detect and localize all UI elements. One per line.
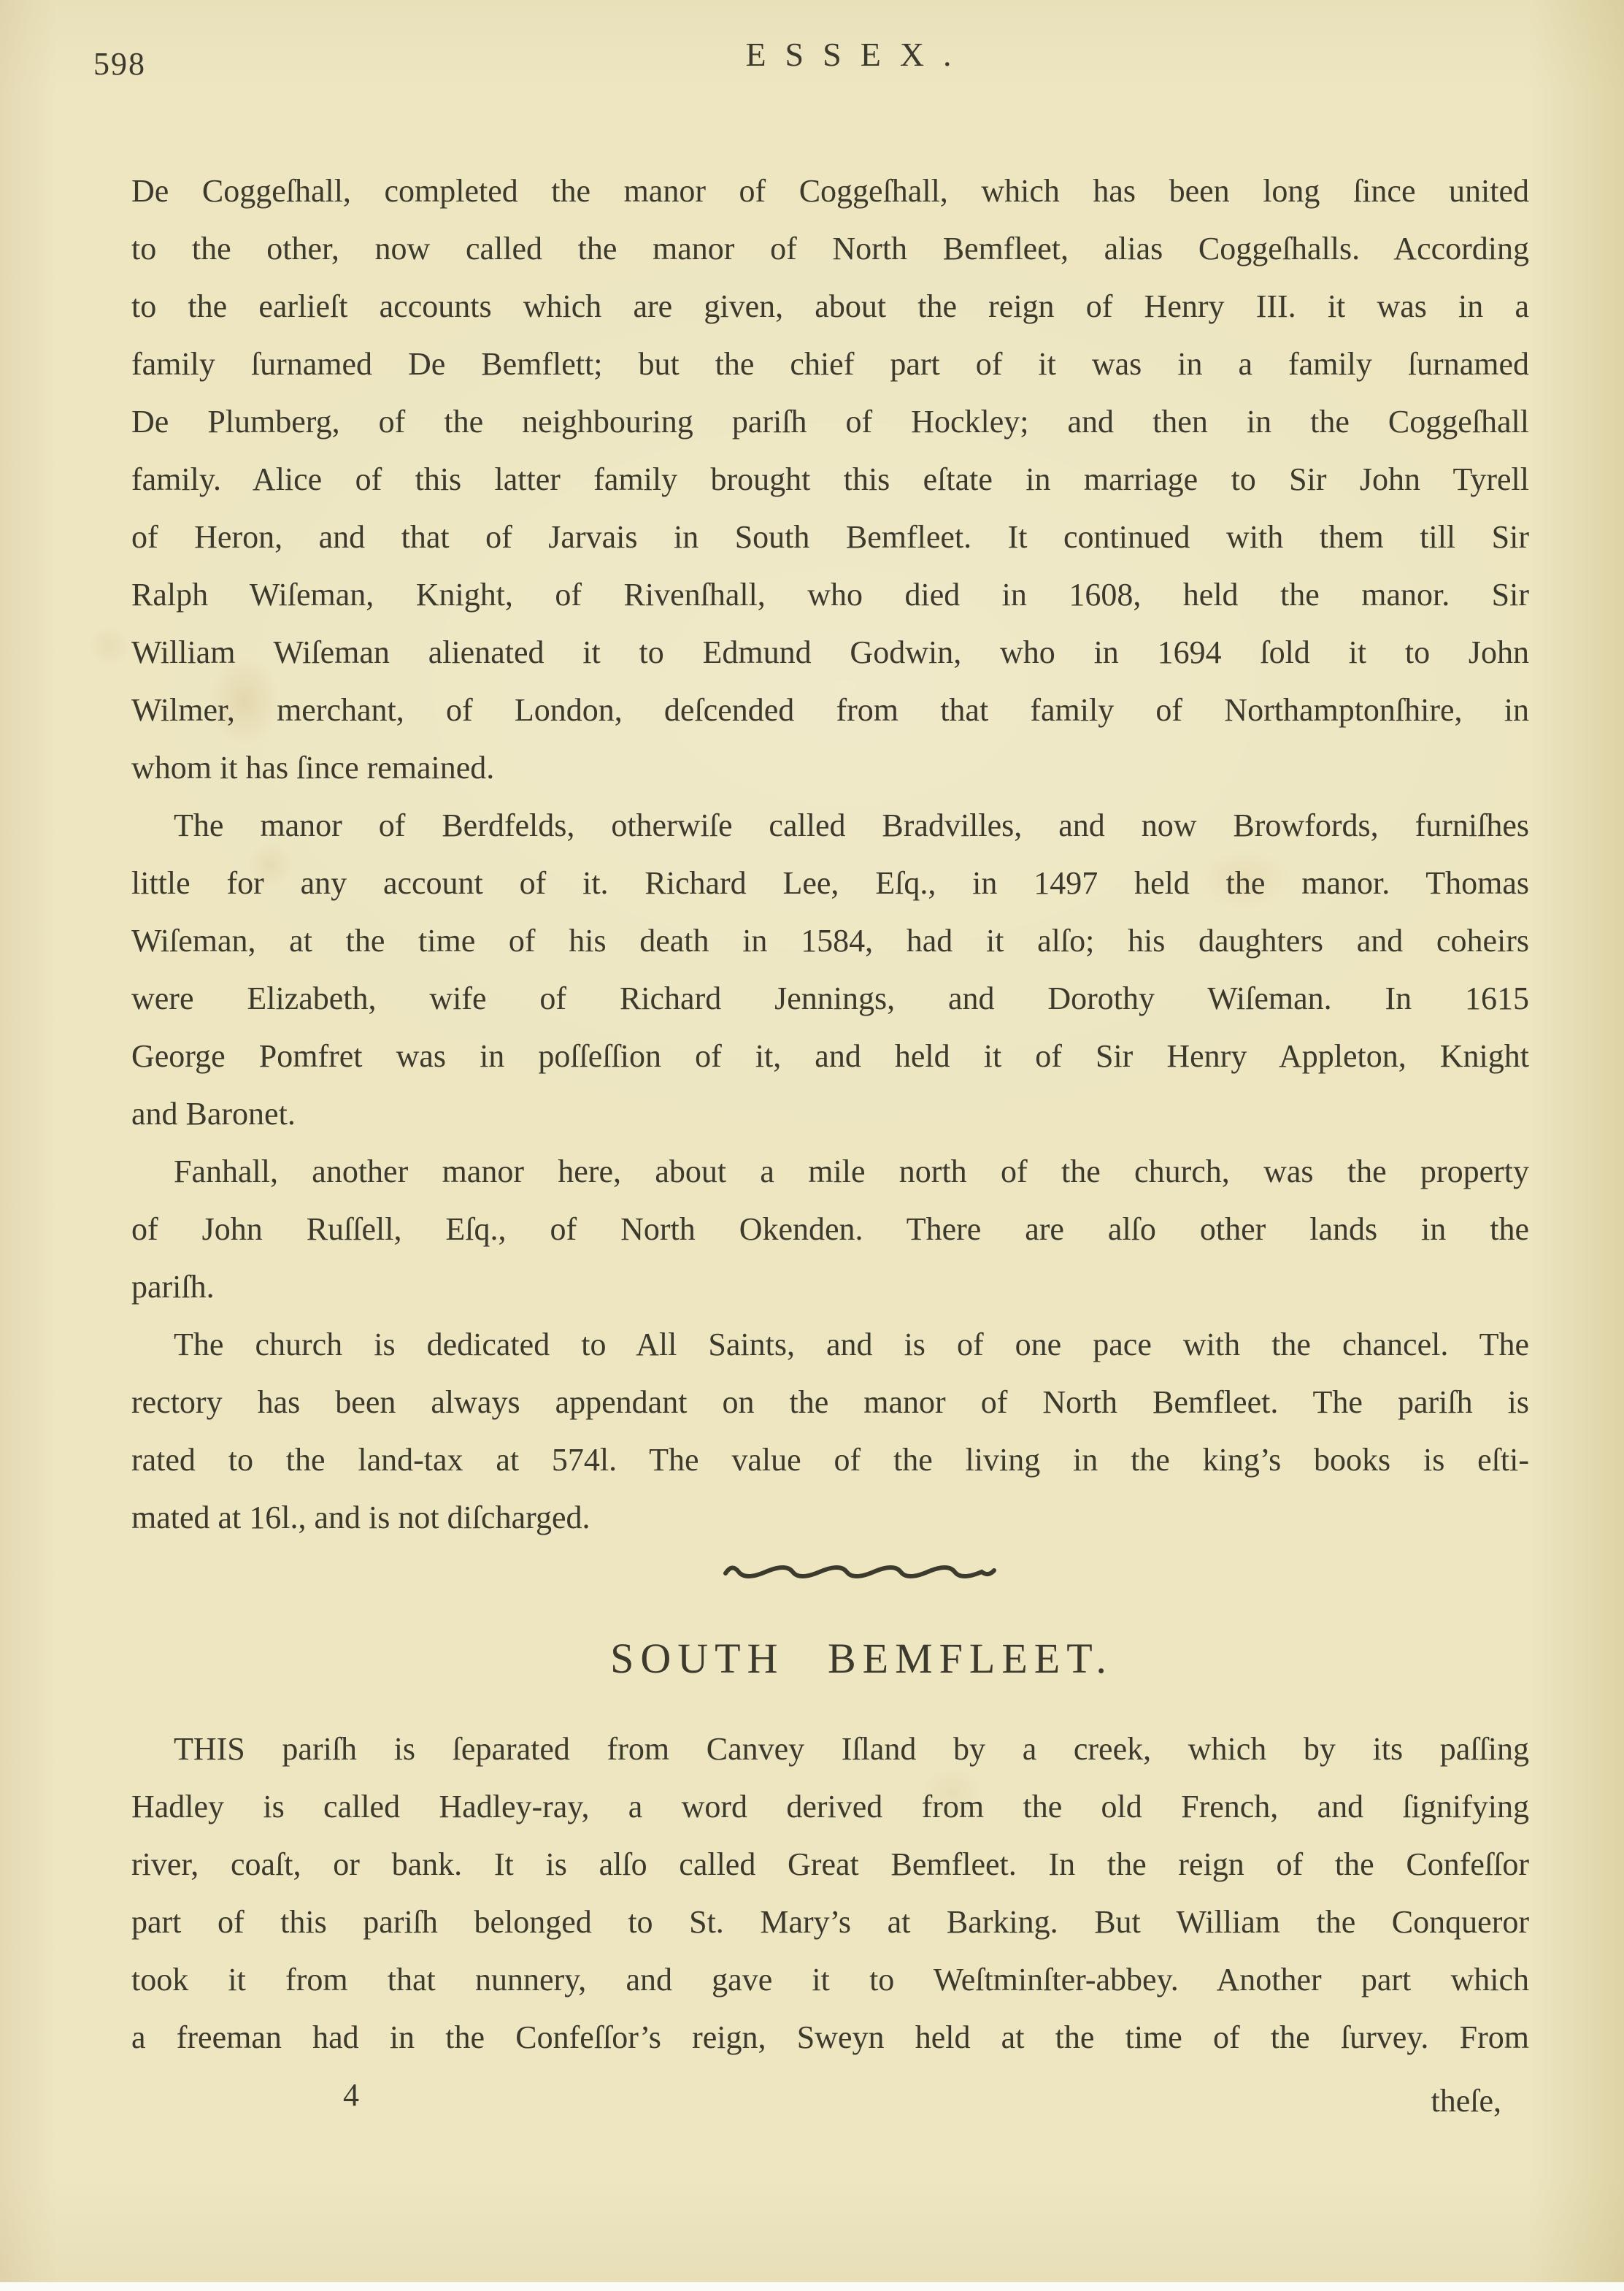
- signature-mark: 4: [343, 2076, 359, 2114]
- text-line: mated at 16l., and is not diſcharged.: [131, 1489, 1529, 1546]
- text-line: De Plumberg, of the neighbouring pariſh …: [131, 393, 1529, 450]
- text-line: Ralph Wiſeman, Knight, of Rivenſhall, wh…: [131, 566, 1529, 623]
- scanned-book-page: 598 ESSEX. De Coggeſhall, completed the …: [0, 0, 1624, 2291]
- text-line: took it from that nunnery, and gave it t…: [131, 1951, 1529, 2008]
- text-line: The church is dedicated to All Saints, a…: [131, 1316, 1529, 1373]
- scan-edge-strip: [0, 2282, 1624, 2291]
- text-line: a freeman had in the Confeſſor’s reign, …: [131, 2008, 1529, 2066]
- main-text-block: De Coggeſhall, completed the manor of Co…: [131, 162, 1529, 1546]
- section-divider-ornament: [721, 1562, 998, 1584]
- text-line: The manor of Berdfelds, otherwiſe called…: [131, 797, 1529, 854]
- page-footer: 4 theſe,: [131, 2072, 1529, 2130]
- text-line: of Heron, and that of Jarvais in South B…: [131, 508, 1529, 566]
- text-line: little for any account of it. Richard Le…: [131, 854, 1529, 912]
- catchword: theſe,: [1431, 2082, 1501, 2119]
- page-number: 598: [93, 45, 146, 82]
- text-line: family. Alice of this latter family brou…: [131, 450, 1529, 508]
- text-line: pariſh.: [131, 1258, 1529, 1316]
- text-line: Fanhall, another manor here, about a mil…: [131, 1143, 1529, 1200]
- text-line: De Coggeſhall, completed the manor of Co…: [131, 162, 1529, 220]
- paragraph-south-bemfleet-intro: THIS pariſh is ſeparated from Canvey Iſl…: [131, 1720, 1529, 2066]
- running-title: ESSEX.: [745, 35, 970, 74]
- text-line: family ſurnamed De Bemflett; but the chi…: [131, 335, 1529, 393]
- text-line: part of this pariſh belonged to St. Mary…: [131, 1893, 1529, 1951]
- paragraph-church-rectory: The church is dedicated to All Saints, a…: [131, 1316, 1529, 1546]
- text-line: to the earlieſt accounts which are given…: [131, 277, 1529, 335]
- text-line: THIS pariſh is ſeparated from Canvey Iſl…: [131, 1720, 1529, 1778]
- page-header: 598 ESSEX.: [0, 35, 1624, 86]
- text-line: Wiſeman, at the time of his death in 158…: [131, 912, 1529, 970]
- text-line: whom it has ſince remained.: [131, 739, 1529, 797]
- paragraph-berdfelds-manor: The manor of Berdfelds, otherwiſe called…: [131, 797, 1529, 1143]
- text-line: rated to the land-tax at 574l. The value…: [131, 1431, 1529, 1489]
- text-line: river, coaſt, or bank. It is alſo called…: [131, 1835, 1529, 1893]
- paragraph-fanhall-manor: Fanhall, another manor here, about a mil…: [131, 1143, 1529, 1316]
- text-line: were Elizabeth, wife of Richard Jennings…: [131, 970, 1529, 1027]
- text-line: Hadley is called Hadley-ray, a word deri…: [131, 1778, 1529, 1835]
- text-line: rectory has been always appendant on the…: [131, 1373, 1529, 1431]
- text-line: George Pomfret was in poſſeſſion of it, …: [131, 1027, 1529, 1085]
- south-bemfleet-text-block: THIS pariſh is ſeparated from Canvey Iſl…: [131, 1720, 1529, 2066]
- text-line: Wilmer, merchant, of London, deſcended f…: [131, 681, 1529, 739]
- text-line: to the other, now called the manor of No…: [131, 220, 1529, 277]
- text-line: William Wiſeman alienated it to Edmund G…: [131, 623, 1529, 681]
- section-heading-south-bemfleet: SOUTH BEMFLEET.: [610, 1634, 1113, 1683]
- text-line: and Baronet.: [131, 1085, 1529, 1143]
- paragraph-coggeshall-manor: De Coggeſhall, completed the manor of Co…: [131, 162, 1529, 797]
- text-line: of John Ruſſell, Eſq., of North Okenden.…: [131, 1200, 1529, 1258]
